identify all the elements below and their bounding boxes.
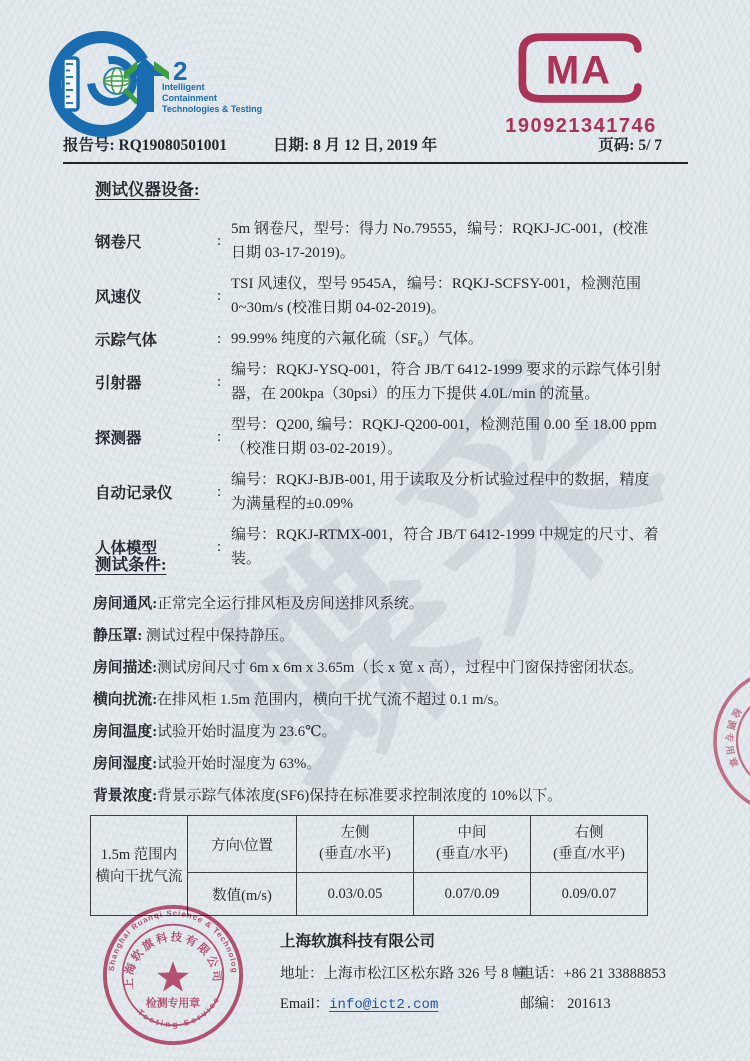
instrument-row: 人体模型 : 编号：RQKJ-RTMX-001，符合 JB/T 6412-199… bbox=[95, 523, 663, 571]
colon: : bbox=[217, 288, 231, 305]
stamp-banner-text: 检测专用章 bbox=[146, 996, 200, 1010]
instrument-desc: 5m 钢卷尺，型号：得力 No.79555，编号：RQKJ-JC-001，(校准… bbox=[231, 217, 663, 265]
condition-label: 房间描述: bbox=[93, 660, 157, 676]
report-number: 报告号: RQ19080501001 bbox=[63, 133, 227, 155]
svg-text:检测专用章: 检测专用章 bbox=[723, 706, 744, 773]
instrument-desc: 99.99% 纯度的六氟化硫（SF₆）气体。 bbox=[231, 327, 663, 351]
table-value: 0.07/0.09 bbox=[414, 873, 531, 916]
table-col-header: 左侧 (垂直/水平) bbox=[297, 816, 414, 873]
instrument-desc: 编号：RQKJ-BJB-001, 用于读取及分析试验过程中的数据，精度为满量程的… bbox=[231, 468, 663, 516]
colon: : bbox=[217, 233, 231, 250]
tagline-line-1: Intelligent bbox=[162, 82, 205, 92]
condition-item: 背景浓度:背景示踪气体浓度(SF6)保持在标准要求控制浓度的 10%以下。 bbox=[93, 786, 693, 807]
colon: : bbox=[217, 429, 231, 446]
footer-info-block: 上海软旗科技有限公司 地址：上海市松江区松东路 326 号 8 幢 电话：+86… bbox=[280, 929, 705, 1022]
instrument-row: 示踪气体 : 99.99% 纯度的六氟化硫（SF₆）气体。 bbox=[95, 327, 663, 351]
col-header-title: 左侧 bbox=[301, 823, 409, 844]
company-postal: 邮编： 201613 bbox=[520, 992, 611, 1013]
table-col-header: 右侧 (垂直/水平) bbox=[531, 816, 648, 873]
table-header-row: 1.5m 范围内横向干扰气流 方向\位置 左侧 (垂直/水平) 中间 (垂直/水… bbox=[91, 816, 648, 873]
table-col-header: 中间 (垂直/水平) bbox=[414, 816, 531, 873]
ict2-logo: 2 Intelligent Containment Technologies &… bbox=[42, 22, 282, 142]
report-date-value: 8 月 12 日, 2019 年 bbox=[313, 137, 437, 154]
company-address: 地址：上海市松江区松东路 326 号 8 幢 bbox=[280, 962, 520, 983]
col-header-sub: (垂直/水平) bbox=[301, 844, 409, 865]
instrument-row: 钢卷尺 : 5m 钢卷尺，型号：得力 No.79555，编号：RQKJ-JC-0… bbox=[95, 217, 663, 265]
cma-letters: MA bbox=[545, 48, 611, 92]
table-value: 0.03/0.05 bbox=[297, 873, 414, 916]
instrument-desc: TSI 风速仪，型号 9545A，编号：RQKJ-SCFSY-001，检测范围 … bbox=[231, 272, 663, 320]
instrument-row: 自动记录仪 : 编号：RQKJ-BJB-001, 用于读取及分析试验过程中的数据… bbox=[95, 468, 663, 516]
colon: : bbox=[217, 539, 231, 556]
condition-item: 静压罩: 测试过程中保持静压。 bbox=[93, 626, 693, 647]
instrument-desc: 型号：Q200, 编号：RQKJ-Q200-001，检测范围 0.00 至 18… bbox=[231, 413, 663, 461]
report-date-label: 日期: bbox=[273, 137, 309, 154]
condition-label: 房间湿度: bbox=[93, 756, 157, 772]
condition-item: 房间通风:正常完全运行排风柜及房间送排风系统。 bbox=[93, 594, 693, 615]
report-number-label: 报告号: bbox=[63, 137, 115, 154]
header-meta-row: 报告号: RQ19080501001 日期: 8 月 12 日, 2019 年 … bbox=[63, 133, 688, 164]
condition-item: 房间描述:测试房间尺寸 6m x 6m x 3.65m（长 x 宽 x 高），过… bbox=[93, 658, 693, 679]
condition-item: 横向扰流:在排风柜 1.5m 范围内，横向干扰气流不超过 0.1 m/s。 bbox=[93, 690, 693, 711]
section-title-conditions: 测试条件: bbox=[95, 551, 167, 575]
condition-text: 正常完全运行排风柜及房间送排风系统。 bbox=[157, 596, 423, 612]
instrument-desc: 编号：RQKJ-YSQ-001，符合 JB/T 6412-1999 要求的示踪气… bbox=[231, 358, 663, 406]
instrument-list: 钢卷尺 : 5m 钢卷尺，型号：得力 No.79555，编号：RQKJ-JC-0… bbox=[95, 217, 663, 578]
condition-label: 横向扰流: bbox=[93, 692, 157, 708]
condition-text: 测试房间尺寸 6m x 6m x 3.65m（长 x 宽 x 高），过程中门窗保… bbox=[157, 660, 643, 676]
partial-stamp-text: 检测专用章 bbox=[723, 706, 744, 773]
condition-text: 测试过程中保持静压。 bbox=[142, 628, 294, 644]
instrument-label: 示踪气体 bbox=[95, 328, 217, 350]
email-label: Email： bbox=[280, 996, 329, 1012]
condition-text: 试验开始时温度为 23.6℃。 bbox=[157, 724, 336, 740]
instrument-label: 自动记录仪 bbox=[95, 481, 217, 503]
col-header-title: 中间 bbox=[418, 823, 526, 844]
instrument-row: 引射器 : 编号：RQKJ-YSQ-001，符合 JB/T 6412-1999 … bbox=[95, 358, 663, 406]
condition-text: 背景示踪气体浓度(SF6)保持在标准要求控制浓度的 10%以下。 bbox=[157, 788, 562, 804]
instrument-desc: 编号：RQKJ-RTMX-001，符合 JB/T 6412-1999 中规定的尺… bbox=[231, 523, 663, 571]
roof-right-icon bbox=[154, 61, 169, 80]
condition-item: 房间湿度:试验开始时湿度为 63%。 bbox=[93, 754, 693, 775]
footer-row-address: 地址：上海市松江区松东路 326 号 8 幢 电话：+86 21 3388885… bbox=[280, 962, 705, 983]
cma-logo-block: MA 190921341746 bbox=[505, 28, 657, 138]
page-indicator-label: 页码: bbox=[598, 137, 634, 154]
col-header-sub: (垂直/水平) bbox=[418, 844, 526, 865]
tagline-line-2: Containment bbox=[162, 93, 217, 103]
instrument-label: 探测器 bbox=[95, 426, 217, 448]
colon: : bbox=[217, 484, 231, 501]
tagline-line-3: Technologies & Testing bbox=[162, 104, 262, 114]
condition-text: 在排风柜 1.5m 范围内，横向干扰气流不超过 0.1 m/s。 bbox=[157, 692, 508, 708]
col-header-sub: (垂直/水平) bbox=[535, 844, 643, 865]
condition-item: 房间温度:试验开始时温度为 23.6℃。 bbox=[93, 722, 693, 743]
condition-label: 房间温度: bbox=[93, 724, 157, 740]
table-corner-cell: 方向\位置 bbox=[188, 816, 297, 873]
instrument-row: 风速仪 : TSI 风速仪，型号 9545A，编号：RQKJ-SCFSY-001… bbox=[95, 272, 663, 320]
colon: : bbox=[217, 331, 231, 348]
colon: : bbox=[217, 374, 231, 391]
col-header-title: 右侧 bbox=[535, 823, 643, 844]
report-page: 蝶采 2 Intelligent Containment Tec bbox=[0, 0, 750, 1061]
partial-stamp-inner-ring bbox=[737, 691, 750, 791]
company-email: Email：info@ict2.com bbox=[280, 992, 520, 1013]
condition-text: 试验开始时湿度为 63%。 bbox=[157, 756, 321, 772]
stamp-star-icon bbox=[157, 961, 189, 991]
instrument-label: 风速仪 bbox=[95, 285, 217, 307]
email-link[interactable]: info@ict2.com bbox=[329, 997, 438, 1013]
report-date: 日期: 8 月 12 日, 2019 年 bbox=[273, 133, 437, 155]
company-name: 上海软旗科技有限公司 bbox=[280, 929, 705, 951]
condition-label: 静压罩: bbox=[93, 628, 142, 644]
condition-label: 房间通风: bbox=[93, 596, 157, 612]
page-indicator: 页码: 5/ 7 bbox=[598, 133, 662, 155]
condition-list: 房间通风:正常完全运行排风柜及房间送排风系统。 静压罩: 测试过程中保持静压。 … bbox=[93, 594, 693, 818]
table-value: 0.09/0.07 bbox=[531, 873, 648, 916]
instrument-label: 引射器 bbox=[95, 371, 217, 393]
instrument-row: 探测器 : 型号：Q200, 编号：RQKJ-Q200-001，检测范围 0.0… bbox=[95, 413, 663, 461]
condition-label: 背景浓度: bbox=[93, 788, 157, 804]
partial-stamp: 检测专用章 bbox=[694, 650, 750, 834]
page-indicator-value: 5/ 7 bbox=[638, 137, 662, 154]
company-phone: 电话：+86 21 33888853 bbox=[520, 962, 666, 983]
cma-logo: MA bbox=[509, 28, 654, 108]
footer-row-email: Email：info@ict2.com 邮编： 201613 bbox=[280, 992, 705, 1013]
section-title-instruments: 测试仪器设备: bbox=[95, 176, 200, 200]
company-stamp: Shanghai Ruanqi Science & Technology CO.… bbox=[99, 901, 247, 1049]
report-number-value: RQ19080501001 bbox=[119, 137, 228, 154]
instrument-label: 钢卷尺 bbox=[95, 230, 217, 252]
